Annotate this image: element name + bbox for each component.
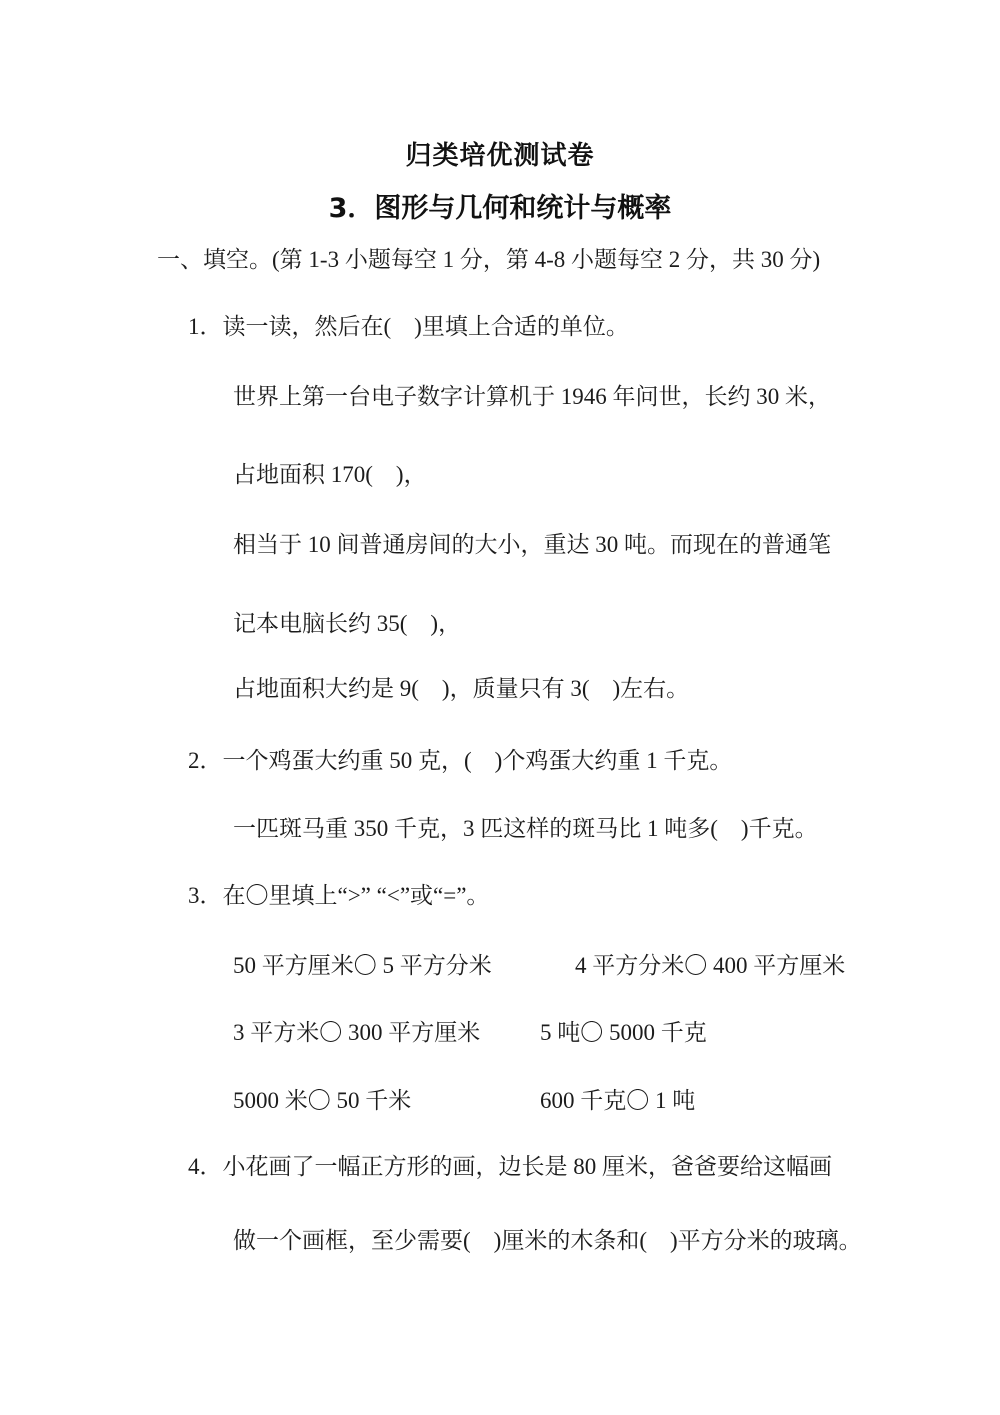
question-1-line-4: 记本电脑长约 35( )， [233,611,461,637]
question-1-line-2: 占地面积 170( )， [233,462,427,488]
question-1-line-5: 占地面积大约是 9( )，质量只有 3( )左右。 [233,676,689,702]
question-3-stem: 3．在〇里填上“>” “<”或“=”。 [188,883,489,909]
question-2-line-1: 一匹斑马重 350 千克，3 匹这样的斑马比 1 吨多( )千克。 [233,816,818,842]
test-paper-page: 归类培优测试卷 3．图形与几何和统计与概率 一、填空。(第 1-3 小题每空 1… [0,0,1000,1415]
question-1-stem: 1．读一读，然后在( )里填上合适的单位。 [188,314,629,340]
question-1-line-1: 世界上第一台电子数字计算机于 1946 年问世，长约 30 米， [233,384,831,410]
doc-title: 归类培优测试卷 [0,135,1000,172]
compare-row-3-cell-1: 5000 米〇 50 千米 [233,1088,411,1114]
question-4-stem: 4．小花画了一幅正方形的画，边长是 80 厘米，爸爸要给这幅画 [188,1154,832,1180]
compare-row-1-cell-2: 4 平方分米〇 400 平方厘米 [575,953,845,979]
question-2-stem: 2．一个鸡蛋大约重 50 克，( )个鸡蛋大约重 1 千克。 [188,748,732,774]
compare-row-2-cell-2: 5 吨〇 5000 千克 [540,1020,707,1046]
section-1-heading: 一、填空。(第 1-3 小题每空 1 分，第 4-8 小题每空 2 分，共 30… [157,247,820,273]
question-4-line-1: 做一个画框，至少需要( )厘米的木条和( )平方分米的玻璃。 [233,1228,862,1254]
compare-row-3-cell-2: 600 千克〇 1 吨 [540,1088,695,1114]
compare-row-2-cell-1: 3 平方米〇 300 平方厘米 [233,1020,480,1046]
compare-row-1-cell-1: 50 平方厘米〇 5 平方分米 [233,953,492,979]
question-1-line-3: 相当于 10 间普通房间的大小，重达 30 吨。而现在的普通笔 [233,532,831,558]
doc-subtitle: 3．图形与几何和统计与概率 [0,186,1000,225]
